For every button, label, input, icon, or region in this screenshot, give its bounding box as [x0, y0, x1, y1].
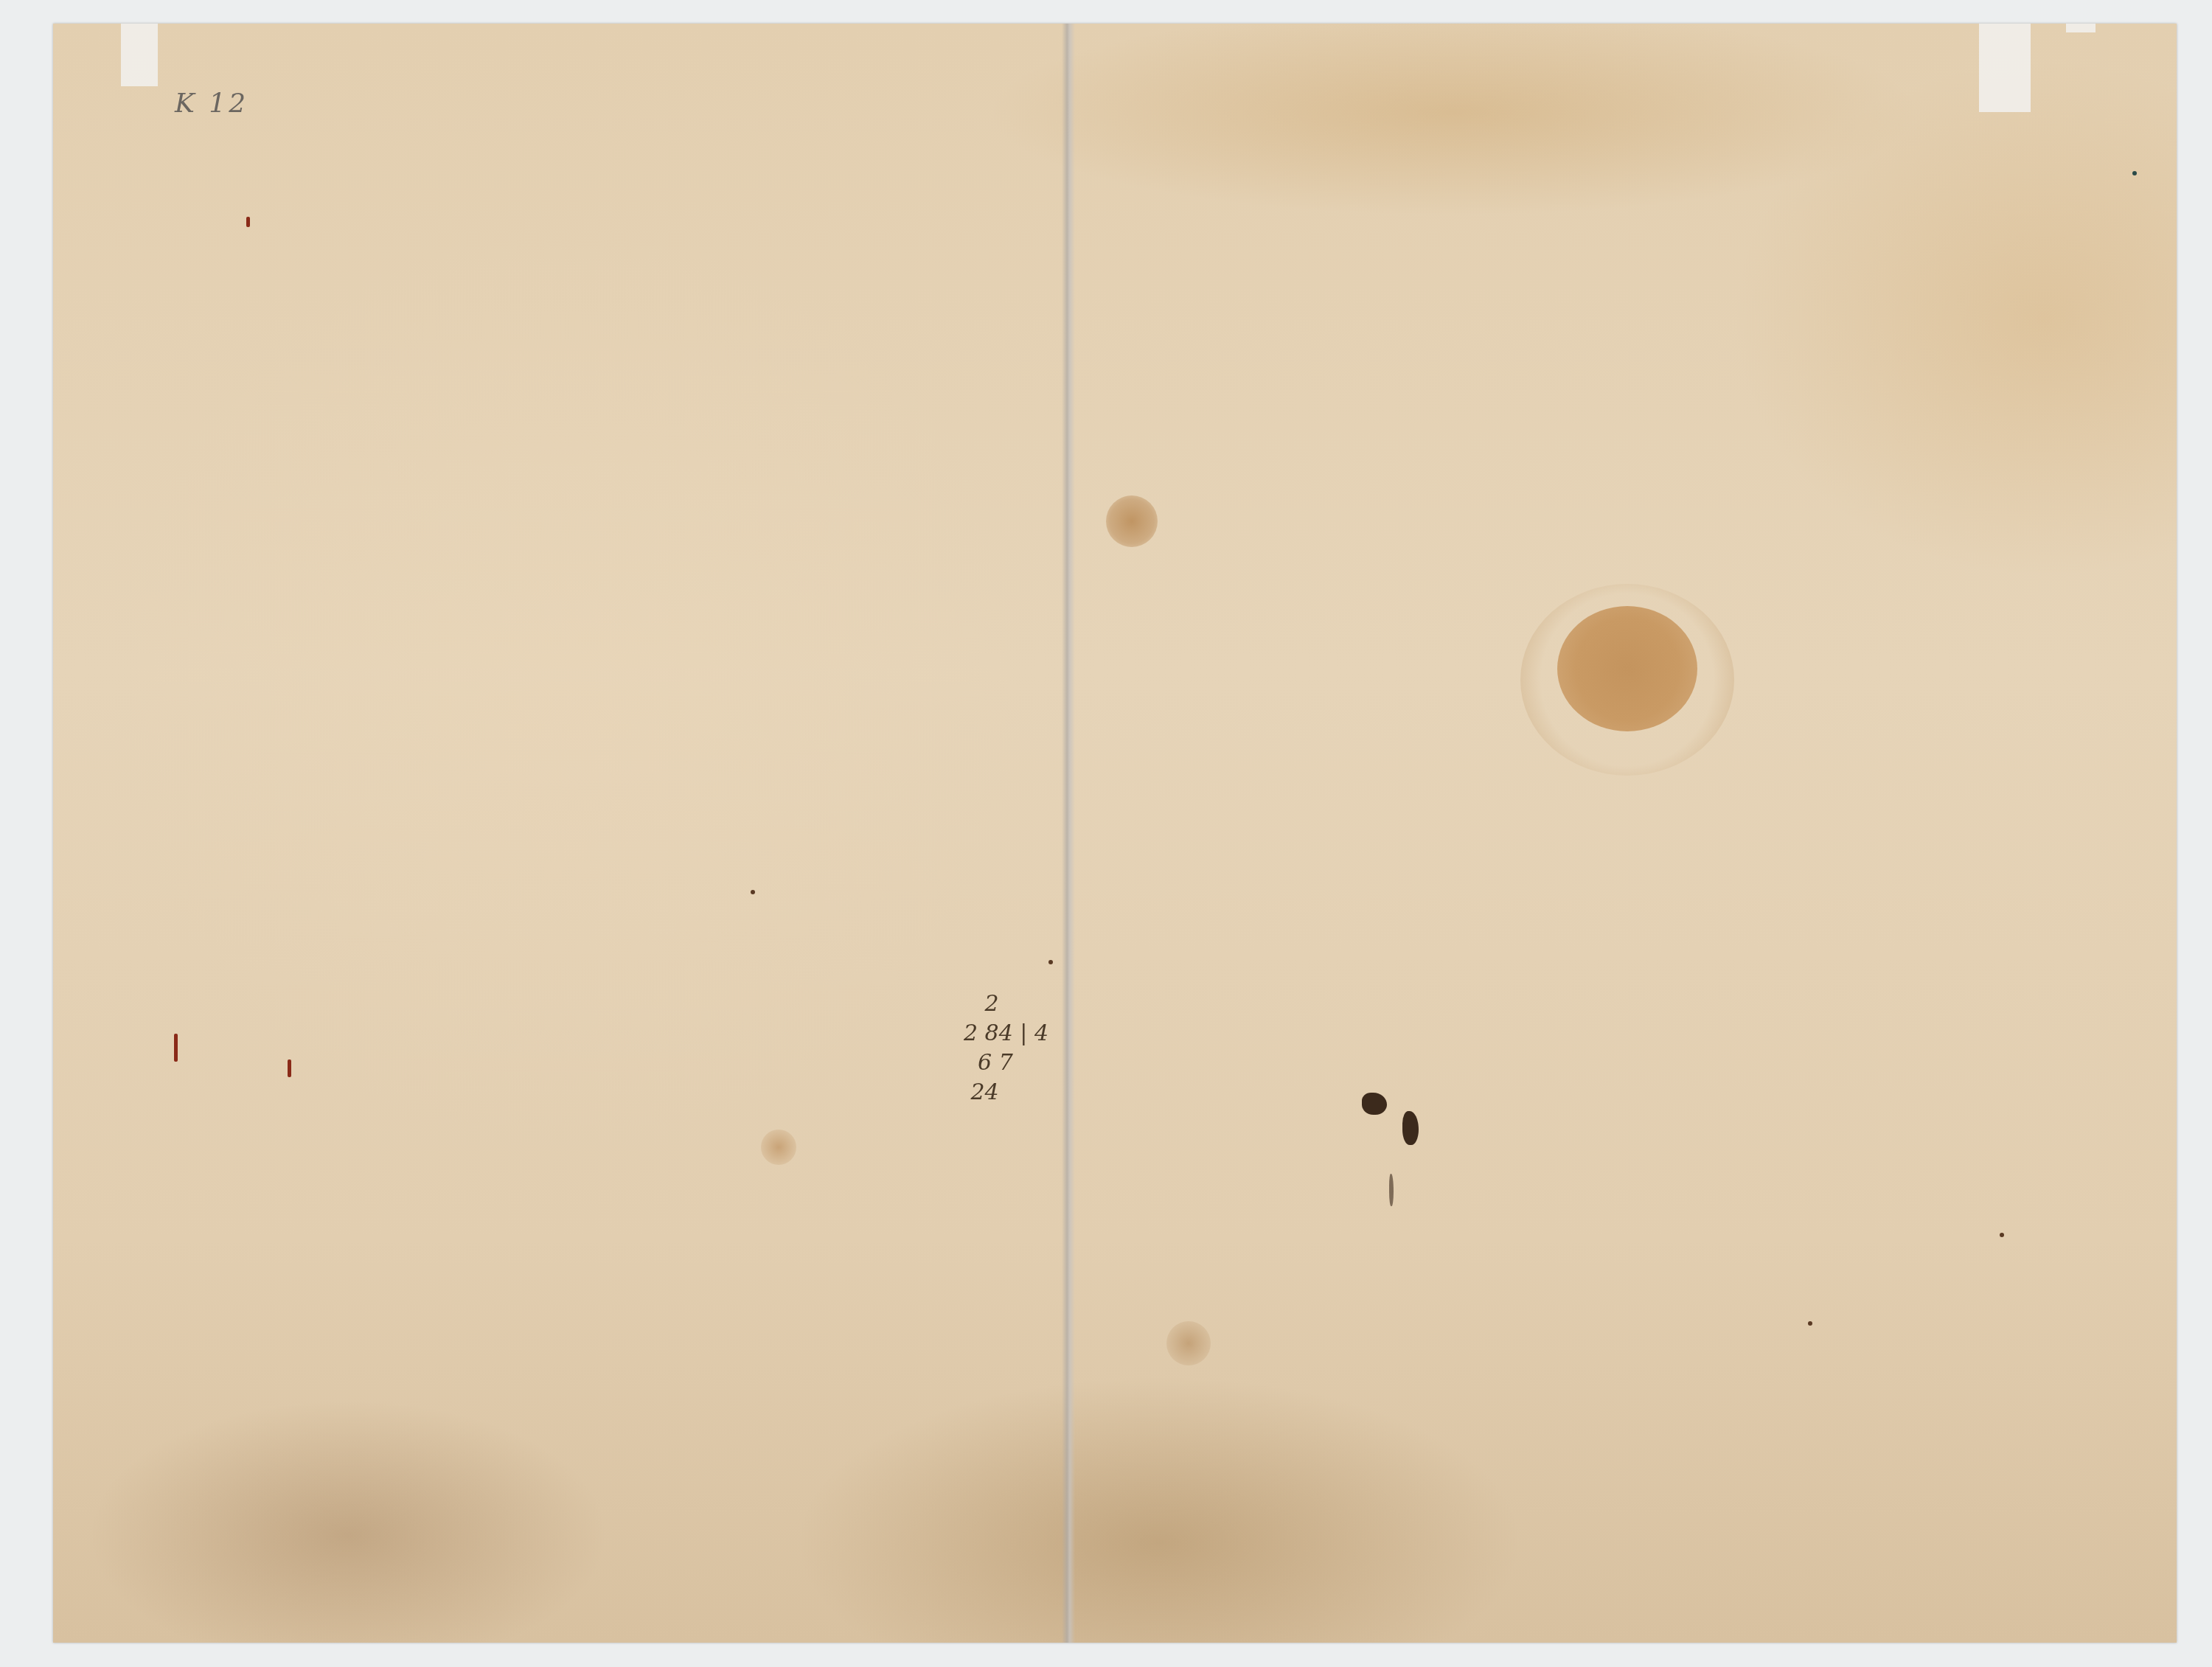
speck	[1808, 1321, 1812, 1326]
speck	[2000, 1233, 2004, 1237]
hinge-tape-top-right	[1979, 24, 2031, 112]
calc-line: 2	[964, 989, 1048, 1019]
small-stain-left	[761, 1130, 796, 1165]
small-stain-bottom	[1166, 1321, 1211, 1365]
ink-calculation: 2 2 84 | 4 6 7 24	[964, 989, 1048, 1107]
hinge-tape-top-left	[121, 24, 158, 86]
red-mark	[246, 217, 250, 227]
large-round-stain	[1557, 606, 1697, 731]
center-fold	[1062, 24, 1075, 1643]
ink-blot	[1402, 1111, 1419, 1145]
calc-line: 24	[964, 1078, 1048, 1107]
speck	[1048, 960, 1053, 964]
red-mark	[288, 1059, 291, 1077]
ink-blot	[1389, 1174, 1394, 1206]
calc-line: 2 84 | 4	[964, 1019, 1048, 1048]
calc-line: 6 7	[964, 1048, 1048, 1078]
red-mark	[174, 1034, 178, 1062]
speck	[2132, 171, 2137, 175]
paper-sheet: K 12 2 2 84 | 4 6 7 24	[53, 24, 2177, 1643]
round-stain-center	[1106, 495, 1158, 547]
ink-blot	[1362, 1093, 1387, 1115]
pencil-inscription: K 12	[175, 88, 248, 119]
speck	[751, 890, 755, 894]
hinge-tape-top-right-small	[2066, 24, 2096, 32]
